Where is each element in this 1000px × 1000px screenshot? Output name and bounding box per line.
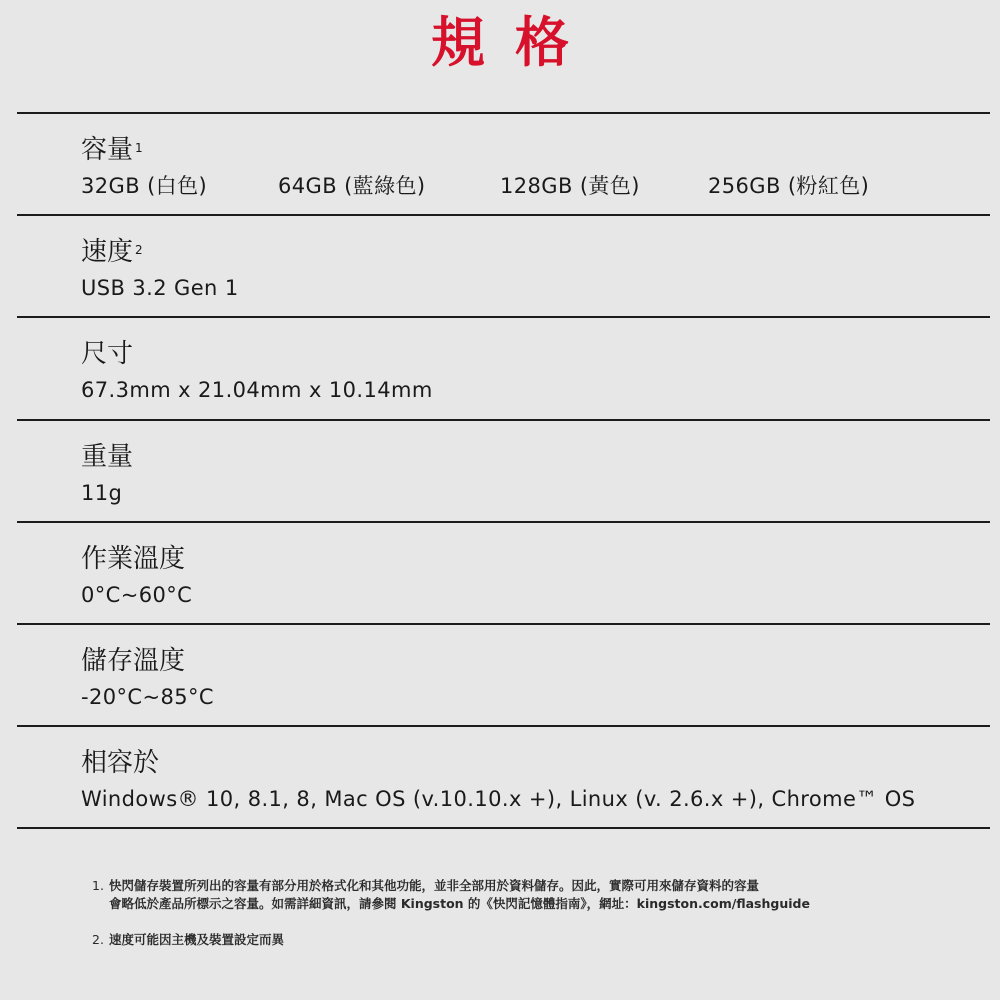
spec-label: 重量 [81, 441, 981, 473]
divider [17, 827, 990, 829]
spec-label: 速度2 [81, 236, 981, 268]
capacity-option: 128GB (黃色) [500, 171, 708, 201]
divider [17, 316, 990, 318]
divider [17, 214, 990, 216]
footnote-number: 1. [92, 877, 109, 913]
divider [17, 112, 990, 114]
spec-compatibility: 相容於 Windows® 10, 8.1, 8, Mac OS (v.10.10… [81, 747, 981, 814]
divider [17, 419, 990, 421]
spec-label: 作業溫度 [81, 543, 981, 575]
spec-value: 67.3mm x 21.04mm x 10.14mm [81, 375, 981, 405]
spec-storage-temp: 儲存溫度 -20°C~85°C [81, 645, 981, 712]
footnote-number: 2. [92, 931, 109, 949]
footnote-text: 快閃儲存裝置所列出的容量有部分用於格式化和其他功能，並非全部用於資料儲存。因此，… [109, 877, 810, 895]
divider [17, 623, 990, 625]
spec-operating-temp: 作業溫度 0°C~60°C [81, 543, 981, 610]
capacity-option: 64GB (藍綠色) [278, 171, 500, 201]
spec-label: 相容於 [81, 747, 981, 779]
divider [17, 521, 990, 523]
capacity-option: 256GB (粉紅色) [708, 171, 869, 201]
spec-speed: 速度2 USB 3.2 Gen 1 [81, 236, 981, 303]
spec-label: 尺寸 [81, 338, 981, 370]
capacity-options: 32GB (白色) 64GB (藍綠色) 128GB (黃色) 256GB (粉… [81, 171, 981, 201]
spec-value: Windows® 10, 8.1, 8, Mac OS (v.10.10.x +… [81, 784, 981, 814]
footnote-ref: 2 [135, 243, 143, 257]
spec-label: 容量1 [81, 134, 981, 166]
footnotes: 1. 快閃儲存裝置所列出的容量有部分用於格式化和其他功能，並非全部用於資料儲存。… [92, 877, 952, 949]
spec-value: USB 3.2 Gen 1 [81, 273, 981, 303]
footnote: 1. 快閃儲存裝置所列出的容量有部分用於格式化和其他功能，並非全部用於資料儲存。… [92, 877, 952, 913]
footnote-ref: 1 [135, 141, 143, 155]
footnote: 2. 速度可能因主機及裝置設定而異 [92, 931, 952, 949]
spec-capacity: 容量1 32GB (白色) 64GB (藍綠色) 128GB (黃色) 256G… [81, 134, 981, 201]
footnote-text: 速度可能因主機及裝置設定而異 [109, 931, 284, 949]
spec-weight: 重量 11g [81, 441, 981, 508]
spec-value: 11g [81, 478, 981, 508]
divider [17, 725, 990, 727]
spec-label: 儲存溫度 [81, 645, 981, 677]
capacity-option: 32GB (白色) [81, 171, 278, 201]
page-title: 規格 [0, 10, 1000, 76]
footnote-text: 會略低於產品所標示之容量。如需詳細資訊，請參閱 Kingston 的《快閃記憶體… [109, 895, 810, 913]
spec-dimensions: 尺寸 67.3mm x 21.04mm x 10.14mm [81, 338, 981, 405]
spec-value: -20°C~85°C [81, 682, 981, 712]
spec-value: 0°C~60°C [81, 580, 981, 610]
